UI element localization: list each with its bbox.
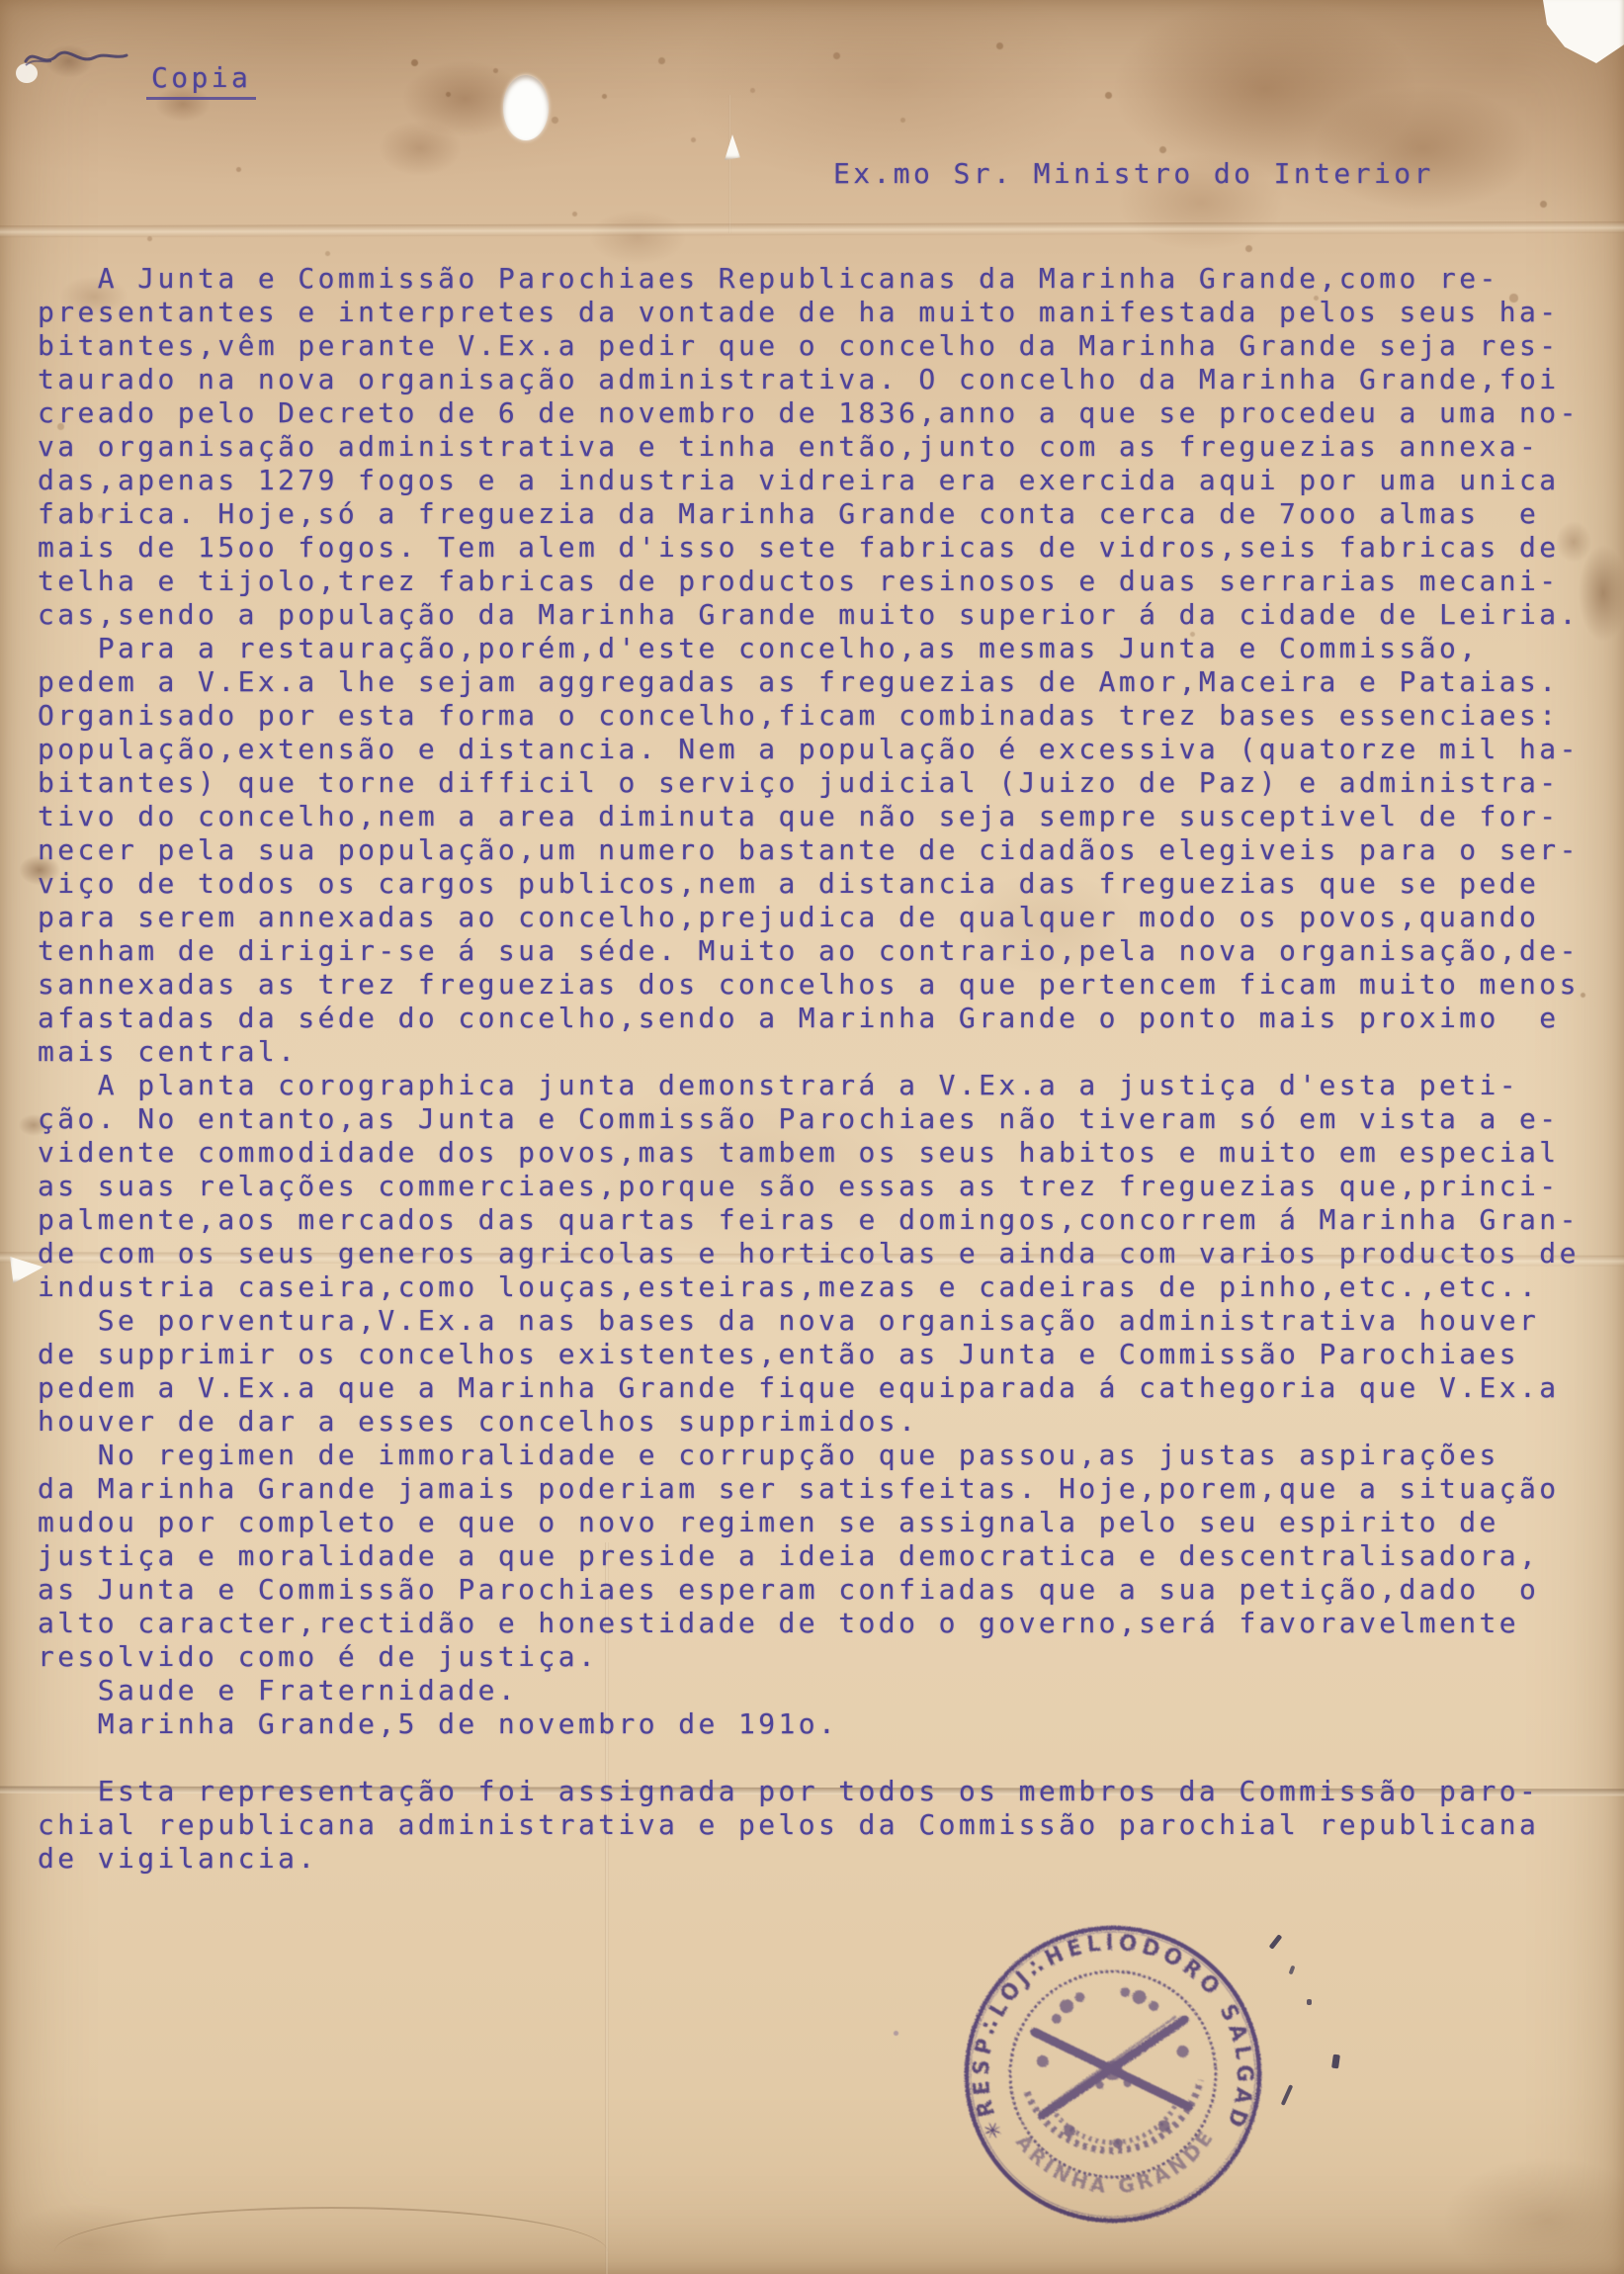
typed-line: mudou por completo e que o novo regimen … (38, 1506, 1604, 1539)
typed-line: Para a restauração,porém,d'este concelho… (38, 632, 1604, 665)
typed-line: mais de 15oo fogos. Tem alem d'isso sete… (38, 531, 1604, 565)
typed-line: A planta corographica junta demonstrará … (38, 1069, 1604, 1102)
typed-line: industria caseira,como louças,esteiras,m… (38, 1270, 1604, 1304)
copy-label: Copia (146, 61, 256, 100)
typed-line: alto caracter,rectidão e honestidade de … (38, 1607, 1604, 1640)
typed-line: Se porventura,V.Ex.a nas bases da nova o… (38, 1304, 1604, 1338)
typed-line: tivo do concelho,nem a area diminuta que… (38, 800, 1604, 833)
paragraph: A planta corographica junta demonstrará … (38, 1069, 1604, 1304)
typed-line: Esta representação foi assignada por tod… (38, 1775, 1604, 1808)
typed-line: de supprimir os concelhos existentes,ent… (38, 1338, 1604, 1371)
paragraph: No regimen de immoralidade e corrupção q… (38, 1439, 1604, 1674)
letter-body: A Junta e Commissão Parochiaes Republica… (38, 262, 1604, 1876)
stamp-emblem-crossed-quills (1020, 1982, 1205, 2156)
typed-line: taurado na nova organisação administrati… (38, 363, 1604, 396)
typed-line: telha e tijolo,trez fabricas de producto… (38, 565, 1604, 598)
torn-corner (1525, 0, 1624, 81)
typed-line: da Marinha Grande jamais poderiam ser sa… (38, 1472, 1604, 1506)
typed-line: No regimen de immoralidade e corrupção q… (38, 1439, 1604, 1472)
typed-line: necer pela sua população,um numero basta… (38, 833, 1604, 867)
typed-line: chial republicana administrativa e pelos… (38, 1808, 1604, 1842)
typed-line: A Junta e Commissão Parochiaes Republica… (38, 262, 1604, 296)
pen-scribble (22, 40, 130, 75)
closing-lines: Saude e Fraternidade. Marinha Grande,5 d… (38, 1674, 1604, 1741)
typed-line: va organisação administrativa e tinha en… (38, 430, 1604, 464)
typed-line: as suas relações commerciaes,porque são … (38, 1170, 1604, 1203)
typed-line: cas,sendo a população da Marinha Grande … (38, 598, 1604, 632)
typed-line: Saude e Fraternidade. (38, 1674, 1604, 1707)
typed-line: vidente commodidade dos povos,mas tambem… (38, 1136, 1604, 1170)
typed-line: resolvido como é de justiça. (38, 1640, 1604, 1674)
typed-line: bitantes,vêm perante V.Ex.a pedir que o … (38, 329, 1604, 363)
addressee-line: Ex.mo Sr. Ministro do Interior (833, 157, 1434, 190)
typed-line: ção. No entanto,as Junta e Commissão Par… (38, 1102, 1604, 1136)
typed-line: bitantes) que torne difficil o serviço j… (38, 766, 1604, 800)
typed-line: Organisado por esta forma o concelho,fic… (38, 699, 1604, 733)
ink-smudge (1331, 2055, 1340, 2069)
ink-smudge (1289, 1966, 1296, 1975)
paragraph: Para a restauração,porém,d'este concelho… (38, 632, 1604, 1069)
masonic-lodge-stamp: ✳RESP∴LOJ∴HELIODORO SALGADO.Nº279. MARIN… (944, 1905, 1282, 2243)
typed-line: de com os seus generos agricolas e horti… (38, 1237, 1604, 1270)
typed-line: pedem a V.Ex.a que a Marinha Grande fiqu… (38, 1371, 1604, 1405)
typed-line: afastadas da séde do concelho,sendo a Ma… (38, 1002, 1604, 1035)
hole-punch (503, 75, 549, 140)
ink-smudge (1281, 2084, 1294, 2106)
typed-line: houver de dar a esses concelhos supprimi… (38, 1405, 1604, 1439)
ink-smudge (1269, 1934, 1283, 1950)
typed-line: presentantes e interpretes da vontade de… (38, 296, 1604, 329)
typed-line: pedem a V.Ex.a lhe sejam aggregadas as f… (38, 665, 1604, 699)
typed-line: tenham de dirigir-se á sua séde. Muito a… (38, 934, 1604, 968)
typed-line: para serem annexadas ao concelho,prejudi… (38, 901, 1604, 934)
typed-line: palmente,aos mercados das quartas feiras… (38, 1203, 1604, 1237)
typed-line: as Junta e Commissão Parochiaes esperam … (38, 1573, 1604, 1607)
crease-line (0, 221, 1624, 237)
paragraph: Se porventura,V.Ex.a nas bases da nova o… (38, 1304, 1604, 1439)
typed-line: creado pelo Decreto de 6 de novembro de … (38, 396, 1604, 430)
vertical-fold (728, 95, 731, 233)
svg-text:✳RESP∴LOJ∴HELIODORO SALGADO.Nº: ✳RESP∴LOJ∴HELIODORO SALGADO.Nº279. (944, 1905, 1262, 2155)
postscript: Esta representação foi assignada por tod… (38, 1775, 1604, 1876)
paper-stains (0, 0, 3, 3)
typed-line: população,extensão e distancia. Nem a po… (38, 733, 1604, 766)
ink-smudge (1307, 1999, 1312, 2005)
typed-line: fabrica. Hoje,só a freguezia da Marinha … (38, 497, 1604, 531)
typed-line: mais central. (38, 1035, 1604, 1069)
typed-line: sannexadas as trez freguezias dos concel… (38, 968, 1604, 1002)
typed-line: das,apenas 1279 fogos e a industria vidr… (38, 464, 1604, 497)
typed-line: Marinha Grande,5 de novembro de 191o. (38, 1707, 1604, 1741)
typed-line: justiça e moralidade a que preside a ide… (38, 1539, 1604, 1573)
stamp-top-arc-text: ✳RESP∴LOJ∴HELIODORO SALGADO.Nº279. (944, 1905, 1262, 2155)
document-page: Copia Ex.mo Sr. Ministro do Interior A J… (0, 0, 1624, 2274)
typed-line: de vigilancia. (38, 1842, 1604, 1876)
typed-line: viço de todos os cargos publicos,nem a d… (38, 867, 1604, 901)
paragraph: A Junta e Commissão Parochiaes Republica… (38, 262, 1604, 632)
paper-tear (725, 134, 740, 160)
crease-line (54, 2207, 608, 2252)
